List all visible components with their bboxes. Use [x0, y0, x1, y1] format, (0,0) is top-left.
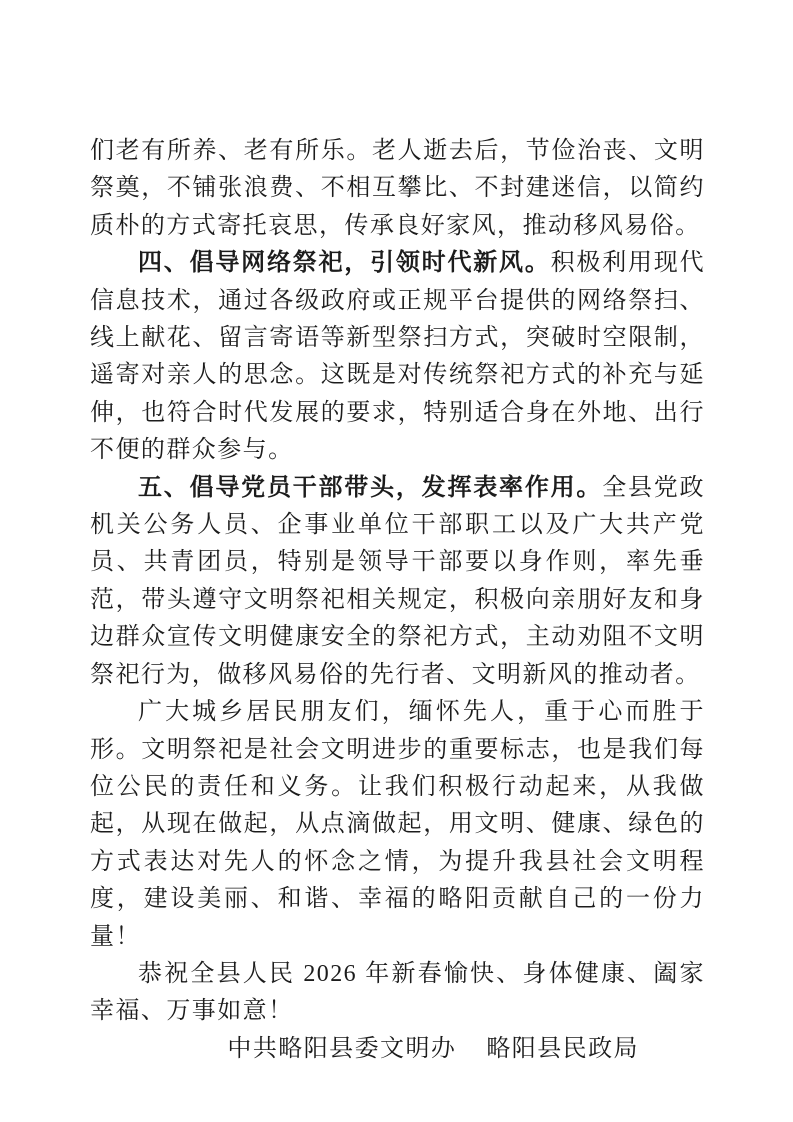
paragraph-appeal-text: 广大城乡居民朋友们，缅怀先人，重于心而胜于形。文明祭祀是社会文明进步的重要标志，… — [90, 699, 705, 949]
section-5-text: 全县党政机关公务人员、企事业单位干部职工以及广大共产党员、共青团员，特别是领导干… — [90, 475, 705, 688]
signature-org-civilization-office: 中共略阳县委文明办 — [227, 1031, 456, 1068]
paragraph-continuation: 们老有所养、老有所乐。老人逝去后，节俭治丧、文明祭奠，不铺张浪费、不相互攀比、不… — [90, 133, 705, 245]
paragraph-section-4: 四、倡导网络祭祀，引领时代新风。积极利用现代信息技术，通过各级政府或正规平台提供… — [90, 245, 705, 469]
document-page: 们老有所养、老有所乐。老人逝去后，节俭治丧、文明祭奠，不铺张浪费、不相互攀比、不… — [0, 0, 793, 1122]
signature-org-civil-affairs-bureau: 略阳县民政局 — [486, 1031, 639, 1068]
signature-line: 中共略阳县委文明办 略阳县民政局 — [90, 1031, 705, 1068]
paragraph-new-year-wishes: 恭祝全县人民 2026 年新春愉快、身体健康、阖家幸福、万事如意！ — [90, 956, 705, 1031]
section-5-heading: 五、倡导党员干部带头，发挥表率作用。 — [138, 475, 602, 501]
section-4-text: 积极利用现代信息技术，通过各级政府或正规平台提供的网络祭扫、线上献花、留言寄语等… — [90, 250, 705, 463]
paragraph-continuation-text: 们老有所养、老有所乐。老人逝去后，节俭治丧、文明祭奠，不铺张浪费、不相互攀比、不… — [90, 138, 705, 239]
paragraph-section-5: 五、倡导党员干部带头，发挥表率作用。全县党政机关公务人员、企事业单位干部职工以及… — [90, 470, 705, 694]
document-body: 们老有所养、老有所乐。老人逝去后，节俭治丧、文明祭奠，不铺张浪费、不相互攀比、不… — [0, 0, 793, 1068]
paragraph-appeal: 广大城乡居民朋友们，缅怀先人，重于心而胜于形。文明祭祀是社会文明进步的重要标志，… — [90, 694, 705, 956]
section-4-heading: 四、倡导网络祭祀，引领时代新风。 — [138, 250, 551, 276]
paragraph-new-year-wishes-text: 恭祝全县人民 2026 年新春愉快、身体健康、阖家幸福、万事如意！ — [90, 961, 705, 1024]
